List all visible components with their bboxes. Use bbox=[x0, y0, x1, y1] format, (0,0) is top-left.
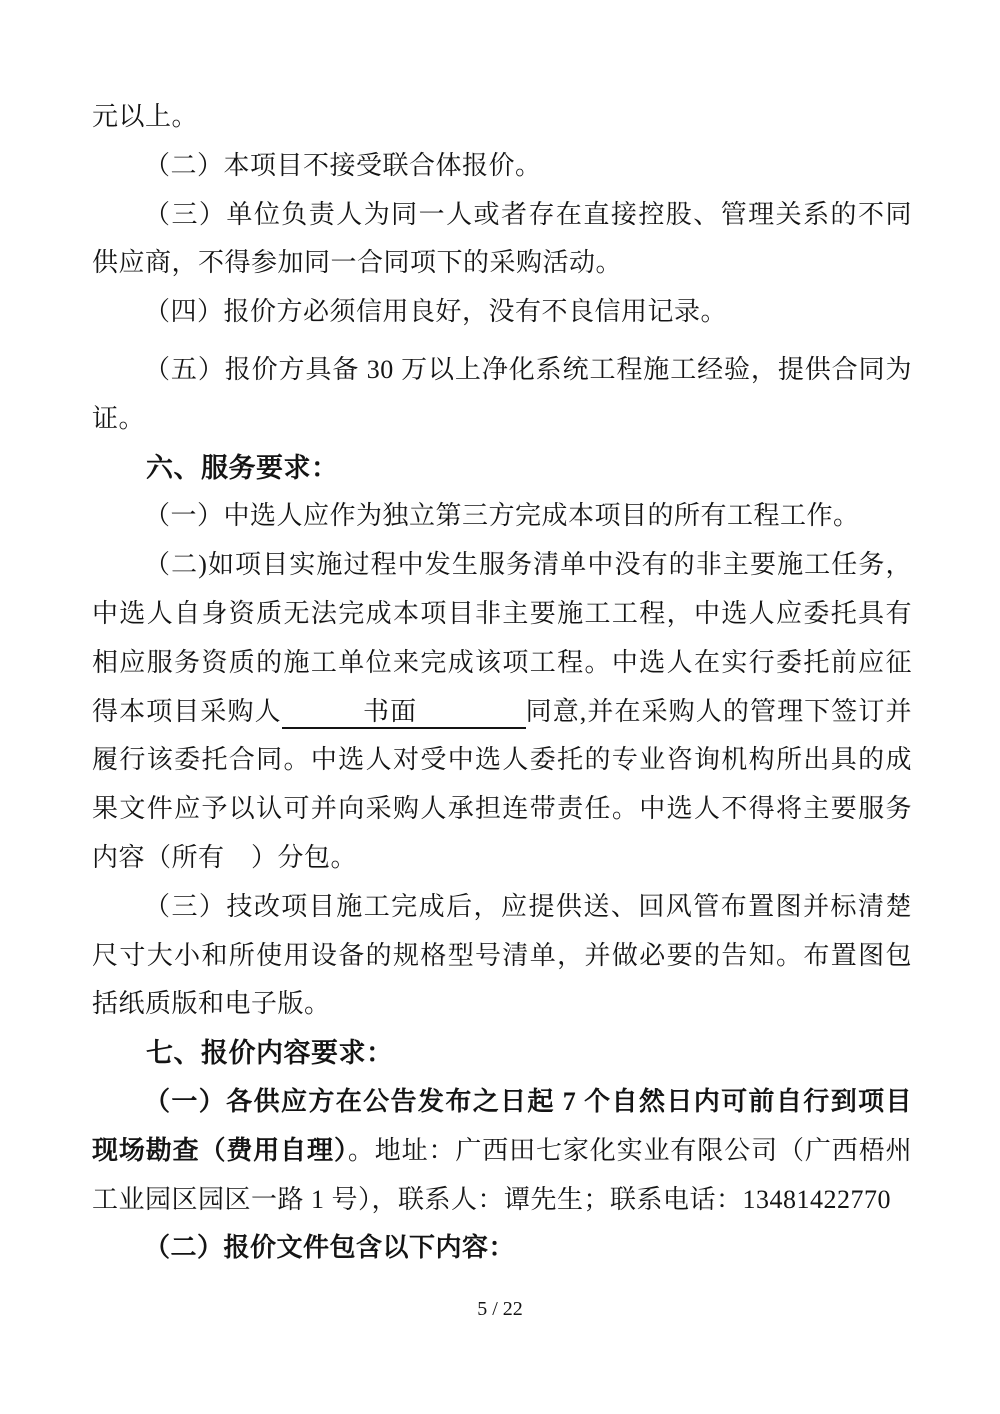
paragraph: （四）报价方必须信用良好，没有不良信用记录。 bbox=[92, 288, 912, 337]
text-segment: 七、报价内容要求： bbox=[146, 1038, 394, 1068]
fill-in-blank-underline: 书面 bbox=[282, 697, 526, 729]
text-segment: 六、服务要求： bbox=[146, 453, 339, 483]
paragraph: （二)如项目实施过程中发生服务清单中没有的非主要施工任务，中选人自身资质无法完成… bbox=[92, 541, 912, 883]
text-segment: （三）技改项目施工完成后，应提供送、回风管布置图并标清楚尺寸大小和所使用设备的规… bbox=[92, 892, 912, 1019]
section-heading: 七、报价内容要求： bbox=[92, 1029, 912, 1078]
paragraph: （五）报价方具备 30 万以上净化系统工程施工经验，提供合同为证。 bbox=[92, 346, 912, 444]
paragraph: （三）技改项目施工完成后，应提供送、回风管布置图并标清楚尺寸大小和所使用设备的规… bbox=[92, 883, 912, 1029]
text-segment: （四）报价方必须信用良好，没有不良信用记录。 bbox=[144, 297, 727, 326]
paragraph: （二）报价文件包含以下内容： bbox=[92, 1224, 912, 1273]
text-segment: （二）报价文件包含以下内容： bbox=[144, 1233, 515, 1262]
text-segment: （二）本项目不接受联合体报价。 bbox=[144, 151, 542, 180]
paragraph: （三）单位负责人为同一人或者存在直接控股、管理关系的不同供应商，不得参加同一合同… bbox=[92, 191, 912, 289]
text-segment: 元以上。 bbox=[92, 102, 198, 131]
text-segment: （三）单位负责人为同一人或者存在直接控股、管理关系的不同供应商，不得参加同一合同… bbox=[92, 200, 912, 278]
section-heading: 六、服务要求： bbox=[92, 444, 912, 493]
document-page: 元以上。（二）本项目不接受联合体报价。（三）单位负责人为同一人或者存在直接控股、… bbox=[0, 0, 1000, 1414]
text-segment: （一）中选人应作为独立第三方完成本项目的所有工程工作。 bbox=[144, 501, 860, 530]
text-segment: （五）报价方具备 30 万以上净化系统工程施工经验，提供合同为证。 bbox=[92, 355, 912, 433]
paragraph: （一）各供应方在公告发布之日起 7 个自然日内可前自行到项目现场勘查（费用自理）… bbox=[92, 1078, 912, 1224]
page-number-footer: 5 / 22 bbox=[0, 1298, 1000, 1321]
paragraph: （二）本项目不接受联合体报价。 bbox=[92, 142, 912, 191]
paragraph: 元以上。 bbox=[92, 93, 912, 142]
document-body: 元以上。（二）本项目不接受联合体报价。（三）单位负责人为同一人或者存在直接控股、… bbox=[92, 93, 912, 1273]
paragraph: （一）中选人应作为独立第三方完成本项目的所有工程工作。 bbox=[92, 492, 912, 541]
